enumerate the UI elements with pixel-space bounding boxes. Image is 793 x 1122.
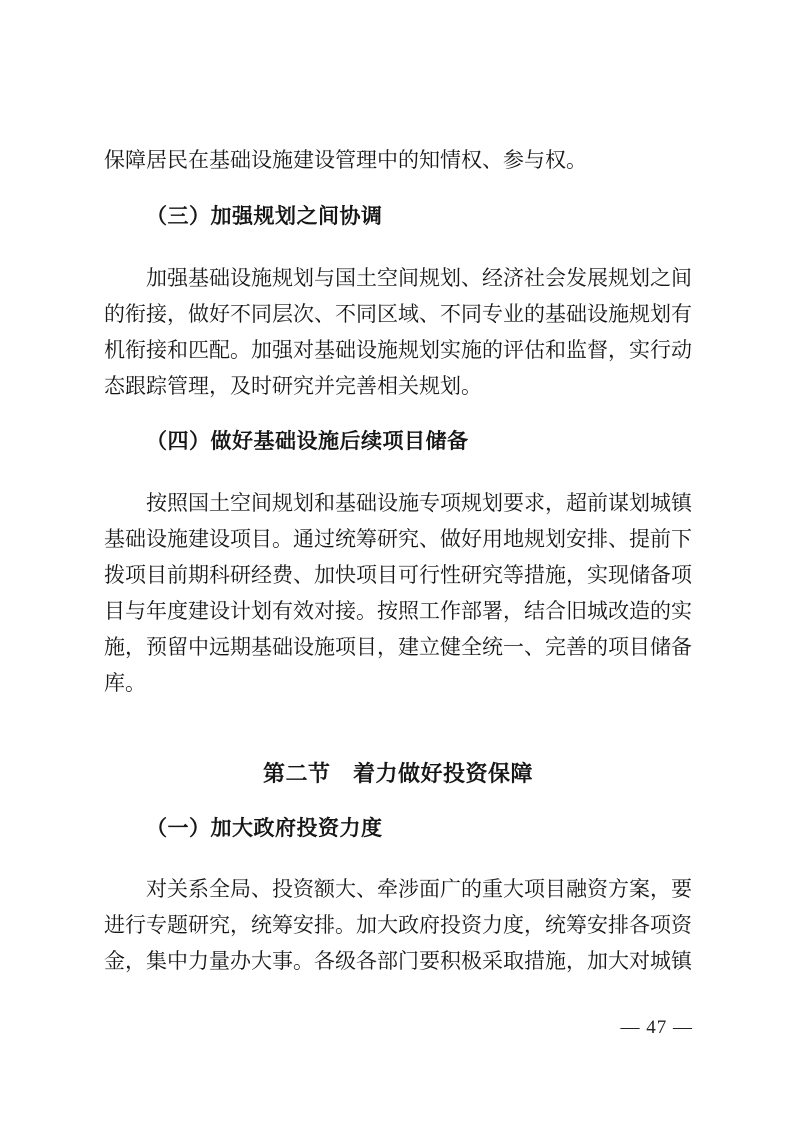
- page-number: — 47 —: [621, 1016, 694, 1040]
- subsection-heading-4: （四）做好基础设施后续项目储备: [104, 423, 692, 459]
- page-content: 保障居民在基础设施建设管理中的知情权、参与权。 （三）加强规划之间协调 加强基础…: [104, 142, 692, 979]
- section-title: 第二节 着力做好投资保障: [104, 756, 692, 792]
- subsection-heading-1: （一）加大政府投资力度: [104, 810, 692, 846]
- document-page: 保障居民在基础设施建设管理中的知情权、参与权。 （三）加强规划之间协调 加强基础…: [0, 0, 793, 1122]
- body-paragraph-government-investment: 对关系全局、投资额大、牵涉面广的重大项目融资方案，要进行专题研究，统筹安排。加大…: [104, 871, 692, 979]
- paragraph-continuation: 保障居民在基础设施建设管理中的知情权、参与权。: [104, 142, 692, 178]
- body-paragraph-project-reserve: 按照国土空间规划和基础设施专项规划要求，超前谋划城镇基础设施建设项目。通过统筹研…: [104, 485, 692, 701]
- body-paragraph-planning-coordination: 加强基础设施规划与国土空间规划、经济社会发展规划之间的衔接，做好不同层次、不同区…: [104, 260, 692, 404]
- subsection-heading-3: （三）加强规划之间协调: [104, 198, 692, 234]
